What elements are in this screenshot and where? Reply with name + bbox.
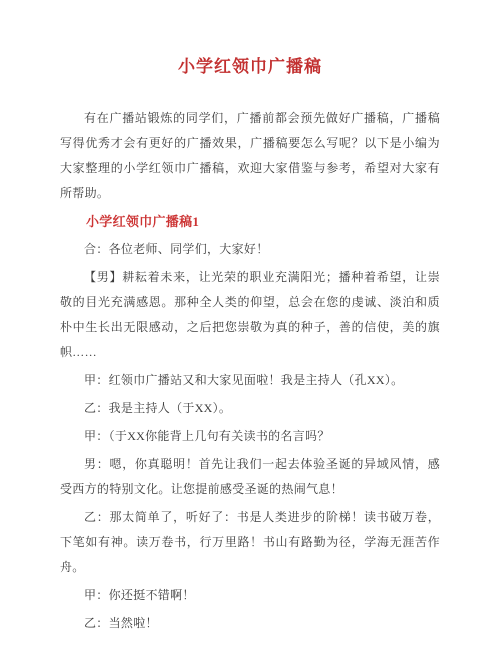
script-line: 甲：（于XX你能背上几句有关读书的名言吗？ — [60, 424, 440, 449]
script-line: 乙：当然啦！ — [60, 611, 440, 636]
script-line: 乙：那太简单了，听好了：书是人类进步的阶梯！读书破万卷，下笔如有神。读万卷书，行… — [60, 505, 440, 580]
script-line: 甲：你还挺不错啊！ — [60, 583, 440, 608]
script-line: 男：嗯，你真聪明！首先让我们一起去体验圣诞的异域风情，感受西方的特别文化。让您提… — [60, 452, 440, 502]
script-line: 甲：红领巾广播站又和大家见面啦！我是主持人（孔XX）。 — [60, 368, 440, 393]
script-line: 乙：我是主持人（于XX）。 — [60, 396, 440, 421]
script-line: 合：各位老师、同学们，大家好！ — [60, 237, 440, 262]
section-heading: 小学红领巾广播稿1 — [60, 209, 440, 234]
page-title: 小学红领巾广播稿 — [60, 52, 440, 82]
script-line: 【男】耕耘着未来，让光荣的职业充满阳光；播种着希望，让崇敬的目光充满感恩。那种全… — [60, 265, 440, 365]
script-body: 合：各位老师、同学们，大家好！【男】耕耘着未来，让光荣的职业充满阳光；播种着希望… — [60, 237, 440, 636]
intro-paragraph: 有在广播站锻炼的同学们，广播前都会预先做好广播稿，广播稿写得优秀才会有更好的广播… — [60, 106, 440, 206]
document-page: 小学红领巾广播稿 有在广播站锻炼的同学们，广播前都会预先做好广播稿，广播稿写得优… — [0, 0, 500, 647]
